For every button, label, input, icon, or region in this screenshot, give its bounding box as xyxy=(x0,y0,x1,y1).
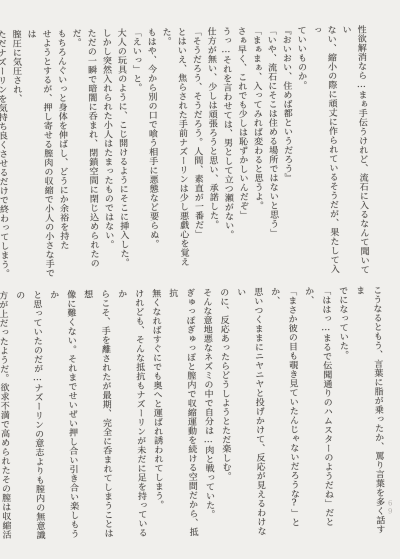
text-block-upper: 性欲解消なら…まぁ手伝うけれど、流石に入るなんて聞いてい ない、縮小の際に頑丈に… xyxy=(0,25,371,288)
novel-page: 性欲解消なら…まぁ手伝うけれど、流石に入るなんて聞いてい ない、縮小の際に頑丈に… xyxy=(0,0,400,559)
text-block-lower: こうなるともう、言葉に脂が乗ったか、罵り言葉を多く話すま でになっていた。 「は… xyxy=(0,285,388,551)
page-number: 69 xyxy=(386,499,394,515)
